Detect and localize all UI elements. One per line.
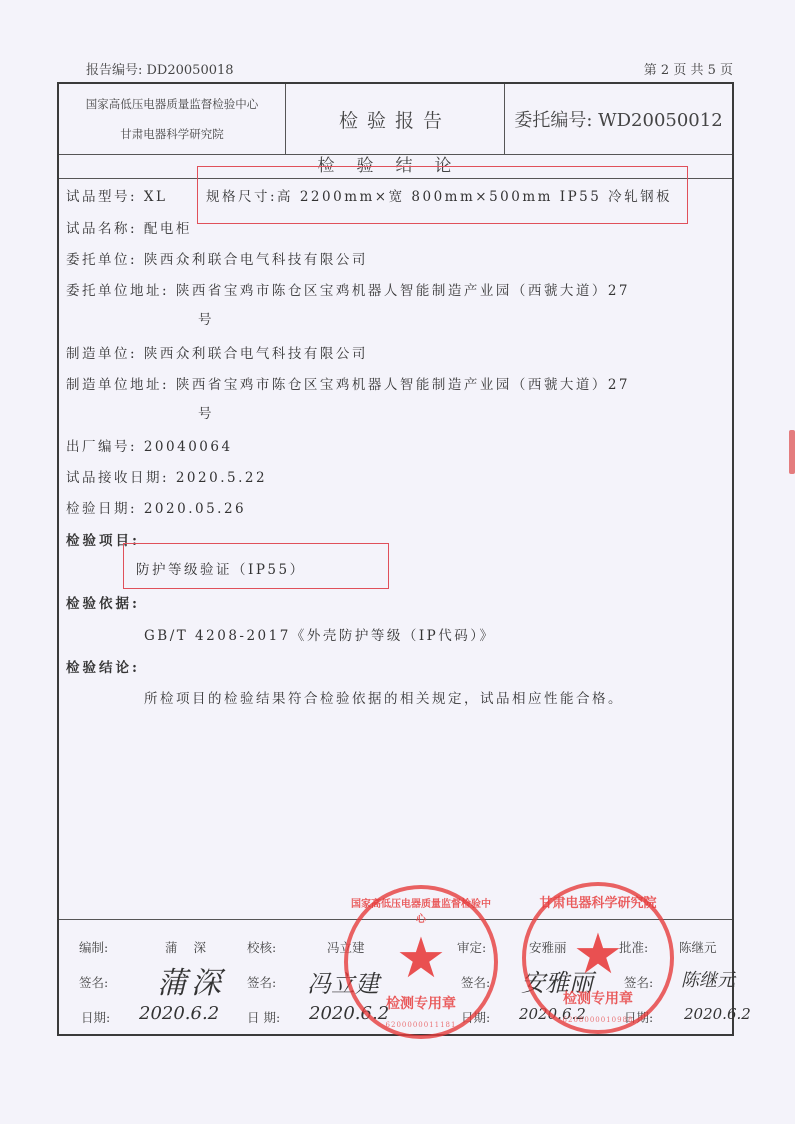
org-name-line1: 国家高低压电器质量监督检验中心 xyxy=(86,96,259,112)
field-maker-address-cont: 号 xyxy=(198,402,214,422)
stamp-1-org: 国家高低压电器质量监督检验中心 xyxy=(348,895,494,925)
field-client: 委托单位: 陕西众利联合电气科技有限公司 xyxy=(66,248,368,268)
field-model: 试品型号: XL xyxy=(66,185,167,205)
field-spec: 规格尺寸:高 2200mm×宽 800mm×500mm IP55 冷轧钢板 xyxy=(206,185,672,205)
stamp-2-purpose: 检测专用章 xyxy=(526,988,670,1008)
consignment-number: 委托编号: WD20050012 xyxy=(505,84,732,154)
result-value: 所检项目的检验结果符合检验依据的相关规定，试品相应性能合格。 xyxy=(144,687,624,707)
organization-cell: 国家高低压电器质量监督检验中心 甘肃电器科学研究院 xyxy=(59,84,286,154)
stamp-2-org: 甘肃电器科学研究院 xyxy=(526,892,670,911)
stamp-edge-mark xyxy=(789,430,795,474)
compile-sign-label: 签名: xyxy=(79,973,108,991)
compile-signature: 蒲深 xyxy=(157,958,225,1002)
field-client-address: 委托单位地址: 陕西省宝鸡市陈仓区宝鸡机器人智能制造产业园（西虢大道）27 xyxy=(66,279,630,299)
compile-name: 蒲 深 xyxy=(165,938,212,956)
official-stamp-1: 国家高低压电器质量监督检验中心 ★ 检测专用章 6200000011181 xyxy=(344,885,498,1039)
check-label: 校核: xyxy=(247,938,276,956)
star-icon: ★ xyxy=(573,927,623,983)
field-serial: 出厂编号: 20040064 xyxy=(66,435,233,455)
compile-date: 2020.6.2 xyxy=(139,1003,219,1024)
approve-name: 陈继元 xyxy=(679,938,717,956)
star-icon: ★ xyxy=(396,931,446,987)
check-sign-label: 签名: xyxy=(247,973,276,991)
result-label: 检验结论: xyxy=(66,656,140,676)
basis-value: GB/T 4208-2017《外壳防护等级（IP代码）》 xyxy=(144,624,496,644)
official-stamp-2: 甘肃电器科学研究院 ★ 检测专用章 6208000010988 xyxy=(522,882,674,1034)
stamp-1-purpose: 检测专用章 xyxy=(348,993,494,1013)
report-header: 国家高低压电器质量监督检验中心 甘肃电器科学研究院 检验报告 委托编号: WD2… xyxy=(59,84,732,155)
stamp-1-number: 6200000011181 xyxy=(348,1021,494,1029)
approve-signature: 陈继元 xyxy=(681,966,735,992)
stamp-2-number: 6208000010988 xyxy=(526,1016,670,1024)
org-name-line2: 甘肃电器科学研究院 xyxy=(120,126,224,142)
compile-date-label: 日期: xyxy=(81,1008,110,1026)
field-receive-date: 试品接收日期: 2020.5.22 xyxy=(66,466,267,486)
document-title: 检验报告 xyxy=(286,84,505,154)
field-maker: 制造单位: 陕西众利联合电气科技有限公司 xyxy=(66,342,368,362)
field-name: 试品名称: 配电柜 xyxy=(66,217,192,237)
field-maker-address: 制造单位地址: 陕西省宝鸡市陈仓区宝鸡机器人智能制造产业园（西虢大道）27 xyxy=(66,373,630,393)
report-number: 报告编号: DD20050018 xyxy=(86,59,234,78)
basis-label: 检验依据: xyxy=(66,592,140,612)
compile-label: 编制: xyxy=(79,938,108,956)
field-client-address-cont: 号 xyxy=(198,308,214,328)
page-indicator: 第 2 页 共 5 页 xyxy=(644,59,733,78)
check-date-label: 日 期: xyxy=(247,1008,280,1026)
items-value: 防护等级验证（IP55） xyxy=(136,558,306,578)
field-test-date: 检验日期: 2020.05.26 xyxy=(66,497,246,517)
approve-date: 2020.6.2 xyxy=(684,1005,751,1023)
